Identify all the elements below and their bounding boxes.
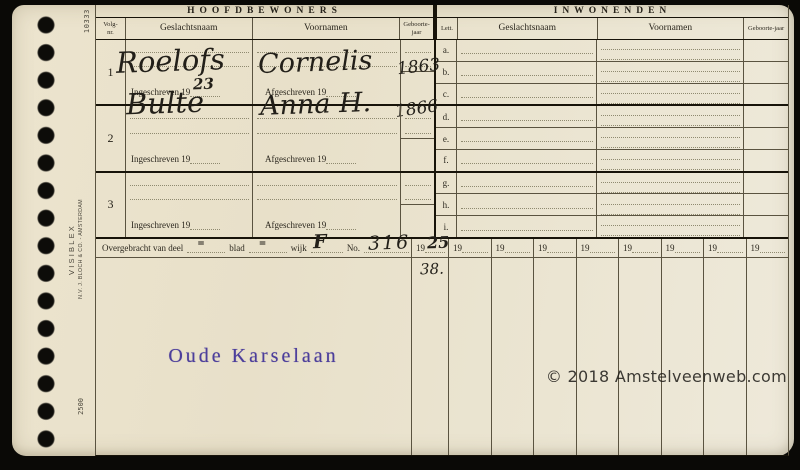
letter-label: h. [436, 194, 457, 215]
inwonende-row: h. [436, 194, 788, 216]
printer-address: N.V. J. BLOCH & CO. - AMSTERDAM [78, 199, 84, 299]
header-geslachtsnaam-left: Geslachtsnaam [126, 18, 253, 39]
transfer-year-cell: 19 [448, 239, 491, 257]
inwonende-row: b. [436, 62, 788, 84]
header-voornamen-right: Voornamen [598, 18, 745, 39]
inwonende-row: e. [436, 128, 788, 150]
volgnr-label: 3 [96, 173, 126, 237]
transfer-year-cell-current: 19 25 [411, 239, 448, 257]
letter-label: c. [436, 84, 457, 105]
letter-label: e. [436, 128, 457, 149]
inwonende-row: d. [436, 106, 788, 128]
inwonende-row: g. [436, 173, 788, 195]
printer-name: VISIBLEX [67, 224, 76, 275]
street-name-stamp: Oude Karselaan [168, 345, 338, 368]
hoofdbewoner-block-1: 1 Ingeschreven 19 23 Afgeschreven 19 [96, 40, 434, 106]
transfer-year-cell: 19 [491, 239, 534, 257]
street-row: Oude Karselaan 38. [96, 258, 788, 455]
entry-geslachtsnaam-handwritten: Roelofs [115, 42, 225, 80]
header-geslachtsnaam-right: Geslachtsnaam [458, 18, 598, 39]
transfer-year-cell: 19 [661, 239, 704, 257]
header-geboortejaar-left: Geboorte-jaar [400, 18, 433, 39]
printer-imprint: VISIBLEX N.V. J. BLOCH & CO. - AMSTERDAM [67, 175, 84, 323]
inwonende-row: i. [436, 216, 788, 237]
street-stamp-cell: Oude Karselaan [96, 258, 411, 455]
inwonende-row: f. [436, 150, 788, 173]
house-number-cell: 38. [411, 258, 448, 455]
blad-value-handwritten: = [259, 239, 267, 249]
hoofdbewoner-block-3: 3 Ingeschreven 19 Afgeschreven 19 [96, 173, 434, 237]
transfer-year-cell: 19 [703, 239, 746, 257]
section-titles-row: HOOFDBEWONERS INWONENDEN [96, 5, 788, 18]
letter-label: g. [436, 173, 457, 194]
deel-value-handwritten: = [197, 239, 205, 249]
hoofdbewoner-block-2: 2 Ingeschreven 19 Afgeschreven 19 [96, 106, 434, 172]
binder-holes [32, 11, 59, 453]
watermark: © 2018 Amstelveenweb.com [546, 367, 787, 386]
register-card: 10333 VISIBLEX N.V. J. BLOCH & CO. - AMS… [12, 5, 794, 456]
transfer-year-handwritten: 25 [427, 233, 450, 253]
column-headers-row: Volg- nr. Geslachtsnaam Voornamen Geboor… [96, 18, 788, 40]
transfer-label-area: Overgebracht van deel = blad = wijk F No… [96, 239, 411, 257]
house-number-handwritten: 38. [420, 260, 444, 279]
letter-label: d. [436, 106, 457, 127]
register-form: HOOFDBEWONERS INWONENDEN Volg- nr. Gesla… [95, 5, 789, 456]
volgnr-label: 2 [96, 106, 126, 170]
header-geboortejaar-right: Geboorte-jaar [744, 18, 788, 39]
header-volgnr: Volg- nr. [96, 18, 126, 39]
ingeschreven-field: Ingeschreven 19 [126, 138, 253, 171]
photo-background: 10333 VISIBLEX N.V. J. BLOCH & CO. - AMS… [0, 0, 800, 470]
header-voornamen-left: Voornamen [253, 18, 401, 39]
card-serial-bottom: 2500 [77, 398, 85, 415]
header-lett: Lett. [437, 18, 458, 39]
form-body: 1 Ingeschreven 19 23 Afgeschreven 19 [96, 40, 788, 237]
hoofdbewoners-section: 1 Ingeschreven 19 23 Afgeschreven 19 [96, 40, 434, 237]
ingeschreven-field: Ingeschreven 19 [126, 204, 253, 237]
no-value-handwritten: 316 [368, 231, 411, 254]
transfer-year-cell: 19 [533, 239, 576, 257]
transfer-year-cell: 19 [618, 239, 661, 257]
transfer-year-cell: 19 [576, 239, 619, 257]
title-inwonenden: INWONENDEN [554, 6, 672, 16]
inwonende-row: a. [436, 40, 788, 62]
card-serial-top: 10333 [83, 9, 91, 33]
inwonende-row: c. [436, 84, 788, 107]
title-hoofdbewoners: HOOFDBEWONERS [187, 6, 342, 16]
afgeschreven-field: Afgeschreven 19 [253, 138, 401, 171]
entry-voornamen-handwritten: Cornelis [257, 45, 372, 80]
letter-label: f. [436, 150, 457, 171]
transfer-row: Overgebracht van deel = blad = wijk F No… [96, 237, 788, 258]
transfer-year-cell: 19 [746, 239, 789, 257]
inwonenden-section: a. b. c. [436, 40, 788, 237]
wijk-value-handwritten: F [312, 231, 326, 253]
